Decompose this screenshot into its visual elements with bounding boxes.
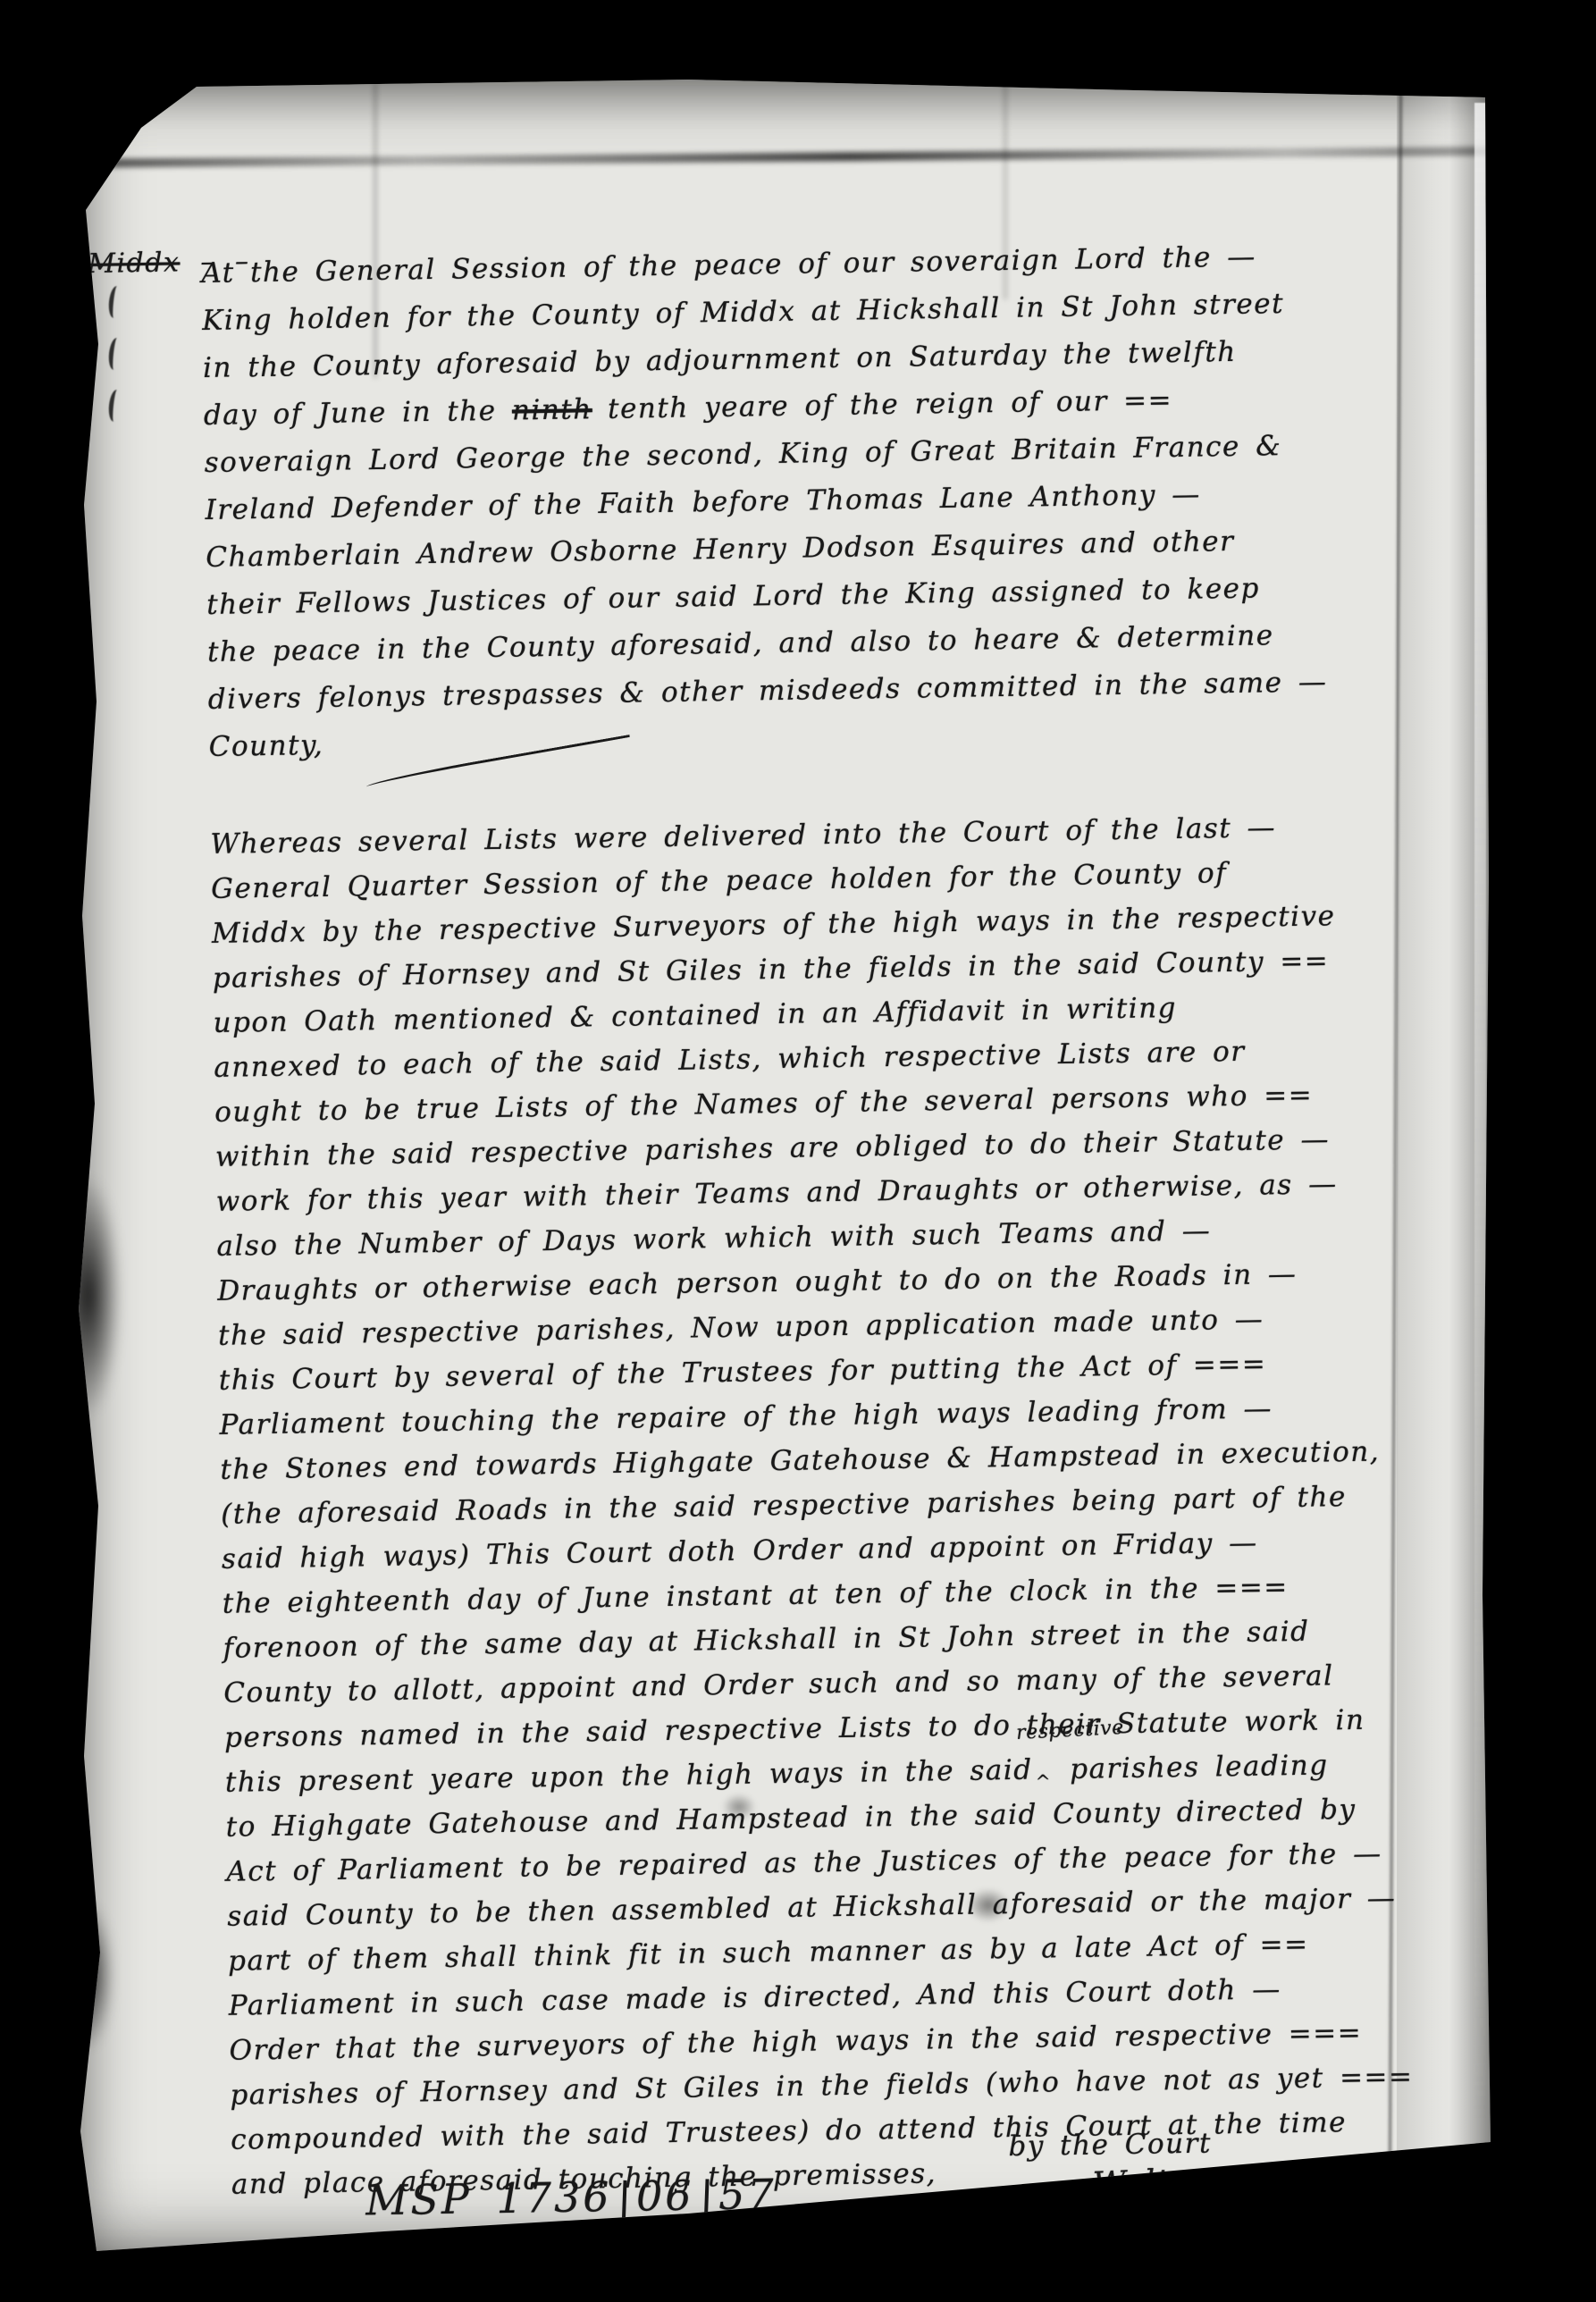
manuscript-text: Middx – – At the General Session of the …	[201, 231, 1474, 2207]
signature: Walter	[1053, 2160, 1239, 2212]
paper-top-band	[63, 76, 1492, 158]
archive-reference-prefix: MSP 1736	[365, 2172, 612, 2224]
archive-reference-month: 06	[636, 2172, 694, 2221]
ink-tick	[107, 285, 123, 318]
inserted-word: respective	[1015, 1706, 1125, 1756]
line-text: County,	[208, 729, 323, 763]
margin-label: Middx – –	[88, 246, 252, 280]
ink-tick	[107, 389, 123, 422]
line-text: tenth yeare of the reign of our ==	[592, 384, 1172, 425]
county-abbreviation: Middx	[88, 247, 181, 280]
separator-stroke	[704, 2179, 710, 2232]
line-text: parishes leading	[1054, 1749, 1329, 1785]
separator-stroke	[622, 2180, 627, 2234]
margin-dashes: – –	[200, 246, 252, 278]
archive-reference: MSP 17360657	[365, 2170, 777, 2231]
line-text: this present yeare upon the high ways in…	[225, 1754, 1033, 1799]
page-edge-highlight	[1474, 103, 1486, 2122]
order-paragraph: Whereas several Lists were delivered int…	[210, 802, 1474, 2207]
edge-shadow-blot	[59, 1899, 114, 2051]
paper-sheet: Middx – – At the General Session of the …	[63, 76, 1492, 2261]
struck-word: ninth	[512, 393, 592, 426]
archive-reference-number: 57	[718, 2170, 777, 2219]
flourish-line	[365, 735, 630, 786]
attestation: by the Court	[1008, 2128, 1212, 2163]
caret-mark: ^	[1036, 1770, 1053, 1792]
line-text: day of June in the	[204, 395, 513, 432]
ink-tick	[107, 337, 123, 370]
torn-edge-marks	[109, 286, 122, 441]
photograph-background: Middx – – At the General Session of the …	[0, 0, 1596, 2302]
opening-paragraph: At the General Session of the peace of o…	[201, 231, 1451, 771]
page-mark: 88	[1326, 2171, 1377, 2222]
edge-shadow-blot	[55, 1175, 122, 1416]
